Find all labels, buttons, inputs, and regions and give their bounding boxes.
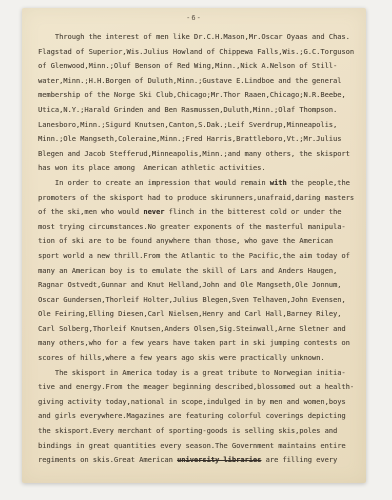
- text-segment: and girls everywhere.Magazines are featu…: [38, 412, 346, 420]
- text-line: Blegen and Jacob Stefferud,Minneapolis,M…: [38, 147, 362, 162]
- text-line: Through the interest of men like Dr.C.H.…: [38, 30, 362, 45]
- text-segment: tion of ski are to be found anywhere tha…: [38, 237, 333, 245]
- text-line: many an American boy is to emulate the s…: [38, 264, 362, 279]
- text-segment: flinch in the bitterest cold or under th…: [164, 208, 341, 216]
- text-segment: of Glenwood,Minn.;Oluf Benson of Red Win…: [38, 62, 337, 70]
- document-body: Through the interest of men like Dr.C.H.…: [38, 30, 362, 468]
- text-segment: Blegen and Jacob Stefferud,Minneapolis,M…: [38, 150, 350, 158]
- text-segment: sport world a new thrill.From the Atlant…: [38, 252, 350, 260]
- text-line: Carl Solberg,Thorleif Knutsen,Anders Ols…: [38, 322, 362, 337]
- text-segment: scores of hills,where a few years ago sk…: [38, 354, 325, 362]
- text-segment: The skisport in America today is a great…: [38, 369, 346, 377]
- emphasized-text: university libraries: [177, 456, 261, 464]
- text-segment: tive and energy.From the meager beginnin…: [38, 383, 354, 391]
- text-segment: water,Minn.;H.H.Borgen of Duluth,Minn.;G…: [38, 77, 341, 85]
- text-segment: Carl Solberg,Thorleif Knutsen,Anders Ols…: [38, 325, 346, 333]
- text-segment: Utica,N.Y.;Harald Grinden and Ben Rasmus…: [38, 106, 337, 114]
- text-line: Ole Feiring,Elling Diesen,Carl Nielsen,H…: [38, 307, 362, 322]
- text-line: of Glenwood,Minn.;Oluf Benson of Red Win…: [38, 59, 362, 74]
- text-segment: are filling every: [261, 456, 337, 464]
- text-segment: membership of the Norge Ski Club,Chicago…: [38, 91, 346, 99]
- text-line: In order to create an impression that wo…: [38, 176, 362, 191]
- text-line: Minn.;Ole Mangseth,Coleraine,Minn.;Fred …: [38, 132, 362, 147]
- text-segment: Flagstad of Superior,Wis.Julius Howland …: [38, 48, 354, 56]
- text-segment: Lanesboro,Minn.;Sigurd Knutsen,Canton,S.…: [38, 121, 337, 129]
- text-line: tion of ski are to be found anywhere tha…: [38, 234, 362, 249]
- paragraph: In order to create an impression that wo…: [38, 176, 362, 366]
- text-line: The skisport in America today is a great…: [38, 366, 362, 381]
- text-line: bindings in great quantities every seaso…: [38, 439, 362, 454]
- text-segment: of the ski,men who would: [38, 208, 143, 216]
- text-line: Lanesboro,Minn.;Sigurd Knutsen,Canton,S.…: [38, 118, 362, 133]
- text-segment: promoters of the skisport had to produce…: [38, 194, 354, 202]
- scanned-document: -6- Through the interest of men like Dr.…: [0, 0, 392, 500]
- text-segment: the people,the: [287, 179, 350, 187]
- text-segment: many others,who for a few years have tak…: [38, 339, 350, 347]
- text-line: tive and energy.From the meager beginnin…: [38, 380, 362, 395]
- document-page: -6- Through the interest of men like Dr.…: [22, 8, 366, 483]
- text-segment: regiments on skis.Great American: [38, 456, 177, 464]
- text-line: has won its place among American athleti…: [38, 161, 362, 176]
- text-line: the skisport.Every merchant of sporting-…: [38, 424, 362, 439]
- text-segment: Ragnar Ostvedt,Gunnar and Knut Helland,J…: [38, 281, 341, 289]
- text-segment: giving activity today,national in scope,…: [38, 398, 346, 406]
- text-segment: most trying circumstances.No greater exp…: [38, 223, 346, 231]
- page-number: -6-: [22, 14, 366, 22]
- text-segment: Ole Feiring,Elling Diesen,Carl Nielsen,H…: [38, 310, 341, 318]
- text-line: Ragnar Ostvedt,Gunnar and Knut Helland,J…: [38, 278, 362, 293]
- text-line: Flagstad of Superior,Wis.Julius Howland …: [38, 45, 362, 60]
- text-line: water,Minn.;H.H.Borgen of Duluth,Minn.;G…: [38, 74, 362, 89]
- text-line: membership of the Norge Ski Club,Chicago…: [38, 88, 362, 103]
- text-line: giving activity today,national in scope,…: [38, 395, 362, 410]
- text-line: many others,who for a few years have tak…: [38, 336, 362, 351]
- text-line: scores of hills,where a few years ago sk…: [38, 351, 362, 366]
- text-line: Oscar Gundersen,Thorleif Holter,Julius B…: [38, 293, 362, 308]
- text-line: of the ski,men who would never flinch in…: [38, 205, 362, 220]
- text-line: and girls everywhere.Magazines are featu…: [38, 409, 362, 424]
- text-segment: Minn.;Ole Mangseth,Coleraine,Minn.;Fred …: [38, 135, 341, 143]
- text-line: sport world a new thrill.From the Atlant…: [38, 249, 362, 264]
- text-line: promoters of the skisport had to produce…: [38, 191, 362, 206]
- text-line: Utica,N.Y.;Harald Grinden and Ben Rasmus…: [38, 103, 362, 118]
- paragraph: Through the interest of men like Dr.C.H.…: [38, 30, 362, 176]
- text-line: regiments on skis.Great American univers…: [38, 453, 362, 468]
- text-segment: In order to create an impression that wo…: [38, 179, 270, 187]
- paragraph: The skisport in America today is a great…: [38, 366, 362, 468]
- emphasized-text: with: [270, 179, 287, 187]
- text-segment: many an American boy is to emulate the s…: [38, 267, 337, 275]
- text-segment: Oscar Gundersen,Thorleif Holter,Julius B…: [38, 296, 346, 304]
- text-segment: bindings in great quantities every seaso…: [38, 442, 346, 450]
- text-segment: Through the interest of men like Dr.C.H.…: [38, 33, 350, 41]
- text-segment: has won its place among American athleti…: [38, 164, 266, 172]
- text-line: most trying circumstances.No greater exp…: [38, 220, 362, 235]
- text-segment: the skisport.Every merchant of sporting-…: [38, 427, 337, 435]
- emphasized-text: never: [143, 208, 164, 216]
